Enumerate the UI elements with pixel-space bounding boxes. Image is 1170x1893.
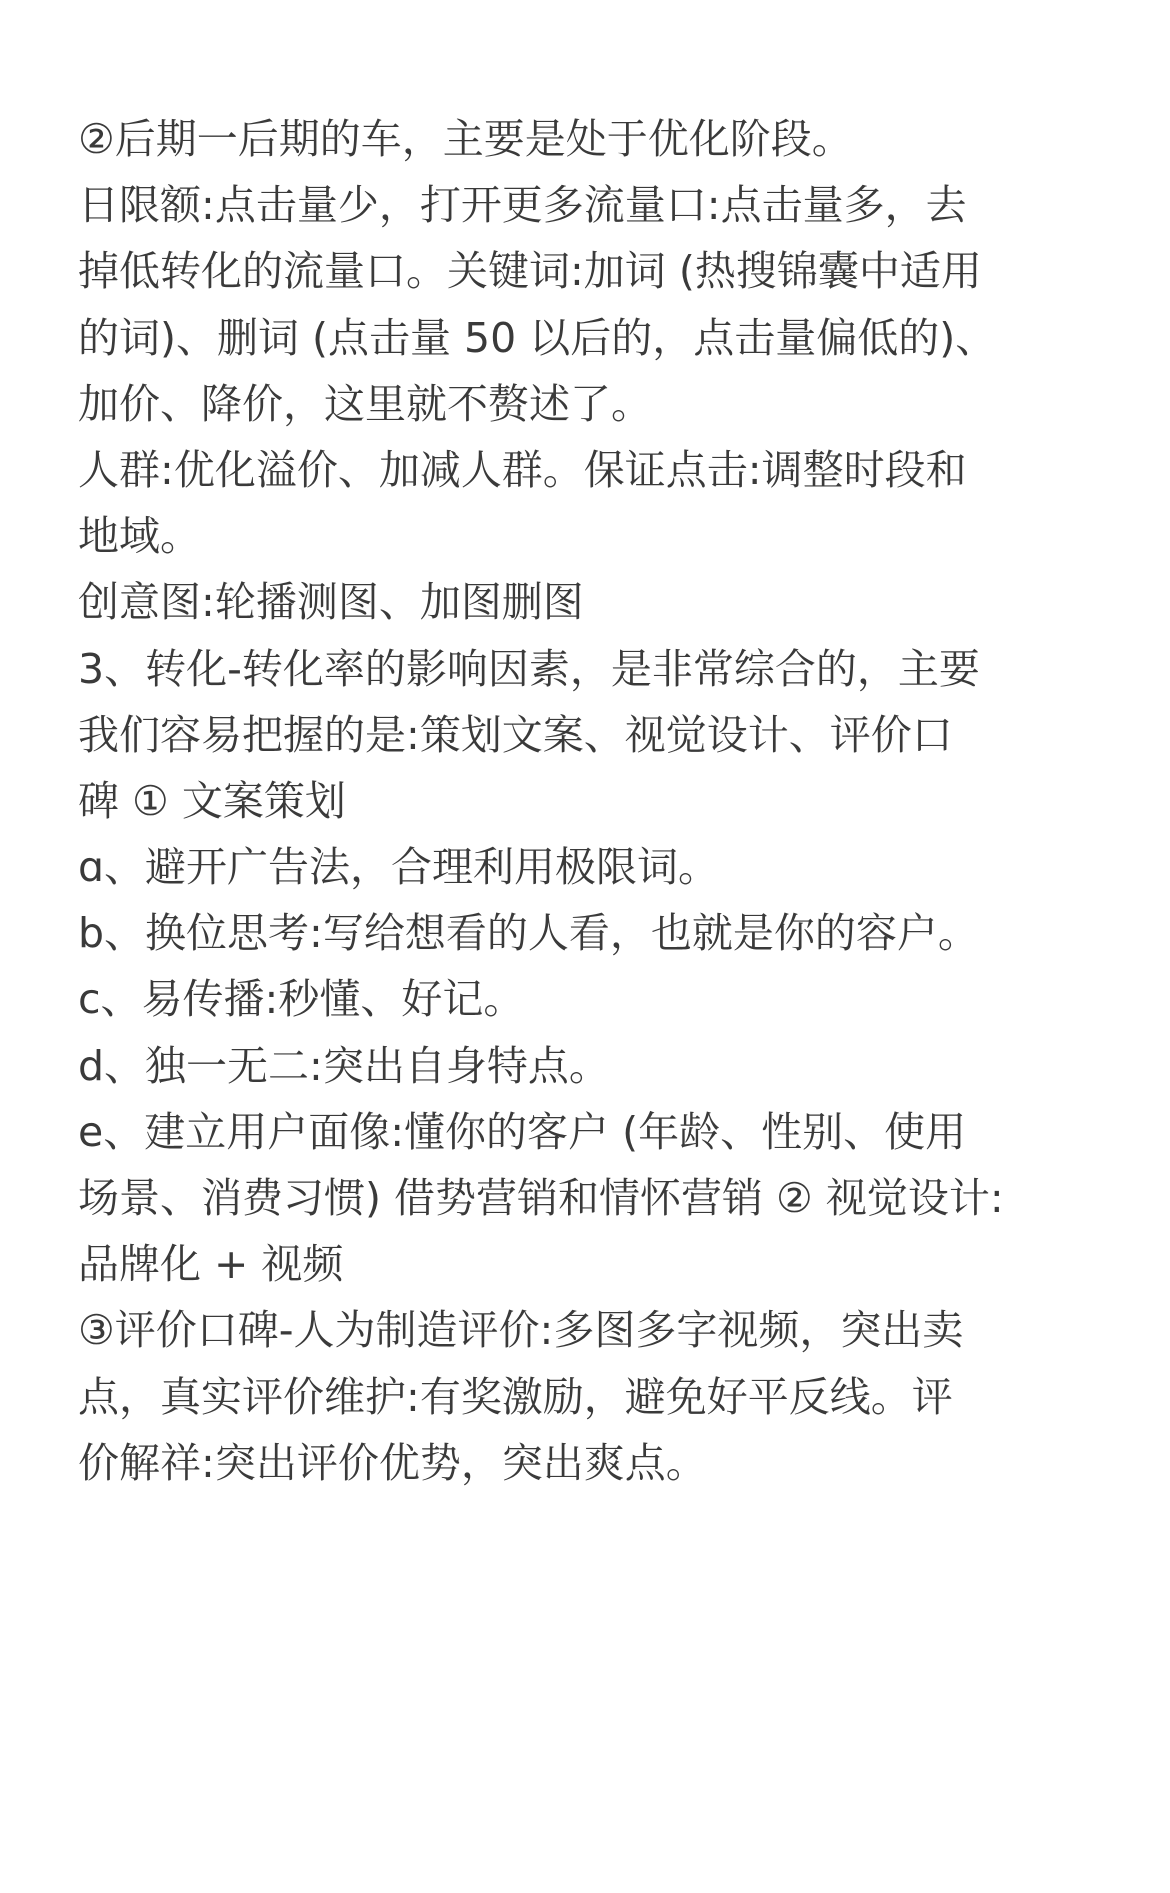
text-line: c、易传播:秒懂、好记。	[78, 966, 1118, 1032]
text-line: ②后期一后期的车，主要是处于优化阶段。	[78, 106, 1118, 172]
text-line: 场景、消费习惯) 借势营销和情怀营销 ② 视觉设计:	[78, 1165, 1118, 1231]
text-line: 品牌化 + 视频	[78, 1231, 1118, 1297]
text-line: b、换位思考:写给想看的人看，也就是你的容户。	[78, 900, 1118, 966]
document-body: ②后期一后期的车，主要是处于优化阶段。 日限额:点击量少，打开更多流量口:点击量…	[78, 106, 1118, 1496]
text-line: 创意图:轮播测图、加图删图	[78, 569, 1118, 635]
text-line: 地域。	[78, 503, 1118, 569]
text-line: ③评价口碑-人为制造评价:多图多字视频，突出卖	[78, 1297, 1118, 1363]
text-line: ɑ、避开广告法，合理利用极限词。	[78, 834, 1118, 900]
text-line: 3、转化-转化率的影响因素，是非常综合的，主要	[78, 636, 1118, 702]
text-line: 价解祥:突出评价优势，突出爽点。	[78, 1430, 1118, 1496]
text-line: 的词)、删词 (点击量 50 以后的，点击量偏低的)、	[78, 305, 1118, 371]
text-line: 人群:优化溢价、加减人群。保证点击:调整时段和	[78, 437, 1118, 503]
text-line: e、建立用户面像:懂你的客户 (年龄、性别、使用	[78, 1099, 1118, 1165]
text-line: 日限额:点击量少，打开更多流量口:点击量多，去	[78, 172, 1118, 238]
text-line: 点，真实评价维护:有奖激励，避免好平反线。评	[78, 1364, 1118, 1430]
text-line: 我们容易把握的是:策划文案、视觉设计、评价口	[78, 702, 1118, 768]
text-line: 碑 ① 文案策划	[78, 768, 1118, 834]
text-line: 加价、降价，这里就不赘述了。	[78, 371, 1118, 437]
text-line: 掉低转化的流量口。关键词:加词 (热搜锦囊中适用	[78, 238, 1118, 304]
text-line: d、独一无二:突出自身特点。	[78, 1033, 1118, 1099]
